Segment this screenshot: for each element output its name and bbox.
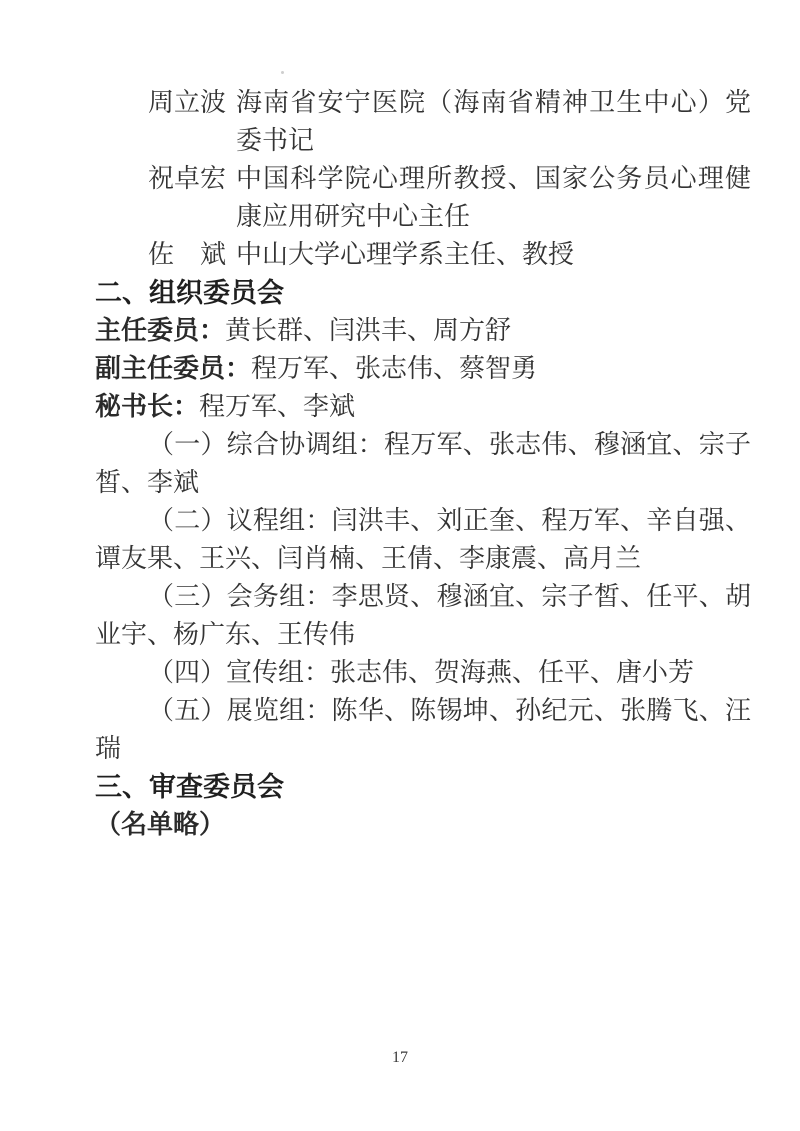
- group-label: （二）议程组：: [148, 506, 332, 535]
- member-name: 周立波: [95, 84, 236, 122]
- document-page: 周立波 海南省安宁医院（海南省精神卫生中心）党委书记 祝卓宏 中国科学院心理所教…: [0, 0, 800, 1131]
- group-label: （四）宣传组：: [148, 658, 330, 687]
- group-names: 张志伟、贺海燕、任平、唐小芳: [330, 658, 694, 687]
- group-line-coordination: （一）综合协调组：程万军、张志伟、穆涵宜、宗子皙、李斌: [95, 426, 751, 502]
- role-names: 黄长群、闫洪丰、周方舒: [225, 316, 511, 345]
- committee-member-entry: 佐 斌 中山大学心理学系主任、教授: [95, 236, 751, 274]
- group-label: （五）展览组：: [148, 696, 332, 725]
- committee-member-entry: 祝卓宏 中国科学院心理所教授、国家公务员心理健康应用研究中心主任: [95, 160, 751, 236]
- group-label: （三）会务组：: [148, 582, 332, 611]
- page-body: 周立波 海南省安宁医院（海南省精神卫生中心）党委书记 祝卓宏 中国科学院心理所教…: [95, 84, 751, 844]
- note-name-list-omitted: （名单略）: [95, 806, 751, 844]
- role-names: 程万军、张志伟、蔡智勇: [251, 354, 537, 383]
- role-line-secretary-general: 秘书长：程万军、李斌: [95, 388, 751, 426]
- group-line-publicity: （四）宣传组：张志伟、贺海燕、任平、唐小芳: [95, 654, 751, 692]
- group-label: （一）综合协调组：: [148, 430, 384, 459]
- scan-artifact-dot: [281, 71, 284, 74]
- page-number: 17: [0, 1048, 800, 1068]
- group-line-conference-affairs: （三）会务组：李思贤、穆涵宜、宗子皙、任平、胡业宇、杨广东、王传伟: [95, 578, 751, 654]
- role-line-chair: 主任委员：黄长群、闫洪丰、周方舒: [95, 312, 751, 350]
- role-label: 秘书长：: [95, 392, 199, 421]
- member-title: 海南省安宁医院（海南省精神卫生中心）党委书记: [236, 84, 751, 160]
- section-heading-review-committee: 三、审查委员会: [95, 768, 751, 806]
- role-names: 程万军、李斌: [199, 392, 355, 421]
- group-line-agenda: （二）议程组：闫洪丰、刘正奎、程万军、辛自强、谭友果、王兴、闫肖楠、王倩、李康震…: [95, 502, 751, 578]
- member-title: 中国科学院心理所教授、国家公务员心理健康应用研究中心主任: [236, 160, 751, 236]
- member-title: 中山大学心理学系主任、教授: [236, 236, 751, 274]
- member-name: 佐 斌: [95, 236, 236, 274]
- committee-member-entry: 周立波 海南省安宁医院（海南省精神卫生中心）党委书记: [95, 84, 751, 160]
- role-label: 副主任委员：: [95, 354, 251, 383]
- member-name: 祝卓宏: [95, 160, 236, 198]
- section-heading-organizing-committee: 二、组织委员会: [95, 274, 751, 312]
- group-line-exhibition: （五）展览组：陈华、陈锡坤、孙纪元、张腾飞、汪瑞: [95, 692, 751, 768]
- role-label: 主任委员：: [95, 316, 225, 345]
- role-line-vice-chair: 副主任委员：程万军、张志伟、蔡智勇: [95, 350, 751, 388]
